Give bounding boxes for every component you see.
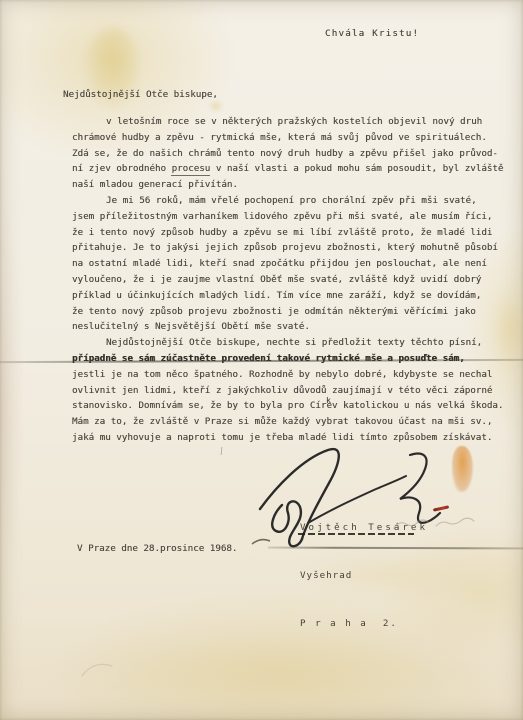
letter-line: příklad u účinkujících mladých lidí. Tím…	[72, 288, 518, 304]
letter-line: Nejdůstojnější Otče biskupe, nechte si p…	[72, 335, 518, 351]
date-line: V Praze dne 28.prosince 1968.	[77, 541, 237, 557]
letter-line: chrámové hudby a zpěvu - rytmická mše, k…	[72, 130, 518, 146]
letter-body: v letošním roce se v některých pražských…	[72, 114, 518, 446]
letter-page: Chvála Kristu! Nejdůstojnější Otče bisku…	[0, 0, 523, 720]
inserted-letter-correction: k	[326, 393, 331, 409]
letter-line: že i tento nový způsob hudby a zpěvu se …	[72, 225, 518, 241]
letter-line: ní zjev obrodného procesu v naší vlasti …	[72, 161, 518, 177]
word-underline-procesu	[171, 175, 210, 176]
faint-tick-mark	[221, 447, 223, 455]
letter-line: stanovisko. Domnívám se, že by to byla p…	[72, 398, 518, 414]
signatory-street: Vyšehrad	[300, 568, 428, 584]
letter-line: jestli je na tom něco špatného. Rozhodně…	[72, 367, 518, 383]
greeting: Nejdůstojnější Otče biskupe,	[63, 87, 218, 103]
handwritten-signature	[250, 443, 460, 558]
letter-line: na ostatní mladé lidi, kteří snad zpočát…	[72, 256, 518, 272]
pen-tick	[252, 540, 270, 544]
letter-line: Mám za to, že zvláště v Praze si může ka…	[72, 414, 518, 430]
letter-line: vyloučeno, že i je zaujme vlastní Oběť m…	[72, 272, 518, 288]
pencil-curve-mark	[80, 656, 126, 682]
letter-line: Je mi 56 roků, mám vřelé pochopení pro c…	[72, 193, 518, 209]
letter-line: přitahuje. Je to jakýsi jejich způsob pr…	[72, 240, 518, 256]
letter-line: neslučitelný s Nejsvětější Obětí mše sva…	[72, 319, 518, 335]
letter-line: jsem příležitostným varhaníkem lidového …	[72, 209, 518, 225]
letter-line: Zdá se, že do našich chrámů tento nový d…	[72, 146, 518, 162]
letter-line: že tento nový způsob projevu zbožnosti j…	[72, 304, 518, 320]
salutation: Chvála Kristu!	[325, 26, 419, 42]
letter-line: naší mladou generací přivítán.	[72, 177, 518, 193]
letter-line: ovlivnit jen lidmi, kteří z jakýchkoliv …	[72, 383, 518, 399]
signatory-city: P r a h a 2.	[300, 616, 428, 632]
letter-line: v letošním roce se v některých pražských…	[72, 114, 518, 130]
pencil-scribble	[392, 514, 484, 538]
